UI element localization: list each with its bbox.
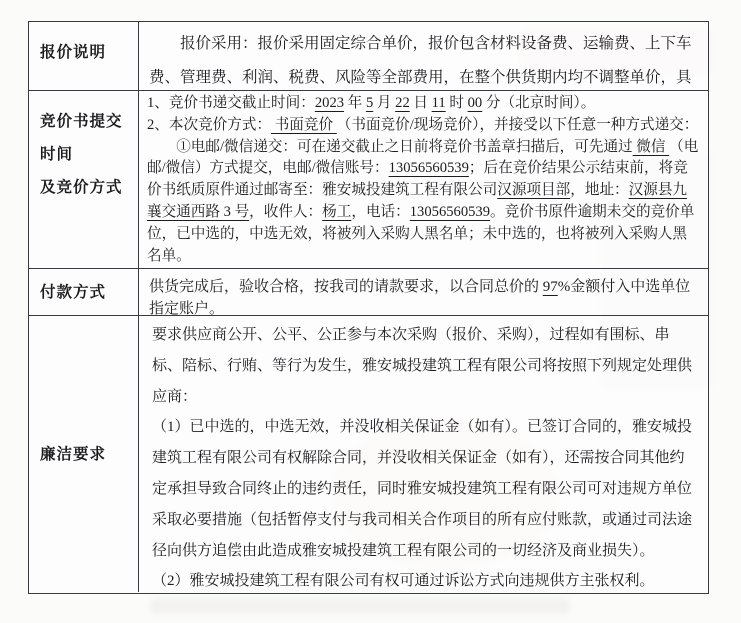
underlined-fill-in-value: 97: [543, 279, 558, 295]
text-segment: 供货完成后，验收合格，按我司的请款要求，以合同总价的: [149, 279, 543, 295]
row-label-line-2: 及竞价方式: [40, 171, 138, 204]
text-segment: ①电邮/微信递交：可在递交截止之日前将竞价书盖章扫描后，可先通过: [176, 139, 632, 155]
paragraph: 报价采用：报价采用固定综合单价，报价包含材料设备费、运输费、上下车费、管理费、利…: [149, 27, 698, 90]
paragraph: 供货完成后，验收合格，按我司的请款要求，以合同总价的 97%金额付入中选单位指定…: [149, 276, 698, 315]
underlined-fill-in-value: 杨工: [322, 204, 351, 220]
paragraph: （1）已中选的，中选无效，并没收相关保证金（如有）。已签订合同的，雅安城投建筑工…: [152, 412, 696, 566]
underlined-fill-in-value: 2023: [315, 95, 344, 111]
row-content-cell: 要求供应商公开、公平、公正参与本次采购（报价、采购），过程如有围标、串标、陪标、…: [139, 316, 708, 592]
text-segment: ，地址：: [570, 182, 628, 198]
text-segment: 月: [373, 95, 395, 111]
underlined-fill-in-value: 11: [432, 95, 446, 111]
row-label: 廉洁要求: [40, 438, 138, 471]
underlined-fill-in-value: 00: [468, 95, 483, 111]
underlined-fill-in-value: 13056560539: [410, 204, 490, 220]
text-segment: 日: [410, 95, 432, 111]
page: { "document": { "kind": "procurement-bid…: [0, 0, 741, 623]
row-label: 报价说明: [40, 36, 138, 69]
text-segment: ，收件人：: [249, 204, 322, 220]
paragraph: 要求供应商公开、公平、公正参与本次采购（报价、采购），过程如有围标、串标、陪标、…: [152, 320, 696, 412]
paragraph: 1、竞价书递交截止时间：2023 年 5 月 22 日 11 时 00 分（北京…: [147, 93, 700, 115]
text-segment: ，电话：: [351, 204, 409, 220]
text-segment: （2）雅安城投建筑工程有限公司有权可通过诉讼方式向违规供方主张权利。: [152, 573, 655, 589]
table-row-quotation-notes: 报价说明 报价采用：报价采用固定综合单价，报价包含材料设备费、运输费、上下车费、…: [29, 22, 708, 90]
underlined-fill-in-value: 汉源项目部: [497, 182, 570, 198]
row-label-cell: 廉洁要求: [29, 316, 139, 592]
paragraph: 2、本次竞价方式： 书面竞价 （书面竞价/现场竞价），并接受以下任意一种方式递交…: [147, 115, 700, 137]
underlined-fill-in-value: 微信: [633, 139, 670, 155]
paragraph: ②现场递交：雅安城投建筑工程有限公司汉源项目部，地址：汉源县九襄交通西路 3 号…: [147, 267, 700, 268]
text-segment: 分（北京时间）。: [482, 95, 595, 111]
text-segment: （1）已中选的，中选无效，并没收相关保证金（如有）。已签订合同的，雅安城投建筑工…: [152, 419, 692, 558]
row-content-cell: 供货完成后，验收合格，按我司的请款要求，以合同总价的 97%金额付入中选单位指定…: [139, 269, 708, 315]
row-label-cell: 竞价书提交时间 及竞价方式: [29, 91, 139, 268]
table-row-payment-method: 付款方式 供货完成后，验收合格，按我司的请款要求，以合同总价的 97%金额付入中…: [29, 268, 708, 315]
row-content-cell: 1、竞价书递交截止时间：2023 年 5 月 22 日 11 时 00 分（北京…: [139, 91, 708, 268]
underlined-fill-in-value: 22: [395, 95, 410, 111]
paragraph: （2）雅安城投建筑工程有限公司有权可通过诉讼方式向违规供方主张权利。: [152, 566, 696, 592]
bidding-info-table: 报价说明 报价采用：报价采用固定综合单价，报价包含材料设备费、运输费、上下车费、…: [28, 21, 709, 594]
text-segment: 时: [446, 95, 468, 111]
row-content-cell: 报价采用：报价采用固定综合单价，报价包含材料设备费、运输费、上下车费、管理费、利…: [139, 22, 708, 90]
text-segment: 1、竞价书递交截止时间：: [147, 95, 315, 111]
row-label-line-1: 竞价书提交时间: [40, 105, 138, 171]
table-row-integrity-requirements: 廉洁要求 要求供应商公开、公平、公正参与本次采购（报价、采购），过程如有围标、串…: [29, 315, 708, 592]
row-label-cell: 报价说明: [29, 22, 139, 90]
text-segment: 报价采用：报价采用固定综合单价，报价包含材料设备费、运输费、上下车费、管理费、利…: [149, 35, 692, 90]
paragraph: ①电邮/微信递交：可在递交截止之日前将竞价书盖章扫描后，可先通过 微信 （电邮/…: [147, 137, 700, 268]
table-row-bid-submission: 竞价书提交时间 及竞价方式 1、竞价书递交截止时间：2023 年 5 月 22 …: [29, 90, 708, 268]
underlined-fill-in-value: 书面竞价: [271, 117, 337, 133]
text-segment: 要求供应商公开、公平、公正参与本次采购（报价、采购），过程如有围标、串标、陪标、…: [152, 327, 692, 405]
row-label-cell: 付款方式: [29, 269, 139, 315]
bleed-through-smudge: [150, 598, 570, 614]
row-label: 付款方式: [40, 276, 138, 309]
text-segment: 年: [344, 95, 366, 111]
text-segment: （书面竞价/现场竞价），并接受以下任意一种方式递交：: [337, 117, 699, 133]
underlined-fill-in-value: 13056560539: [389, 160, 469, 176]
text-segment: 2、本次竞价方式：: [147, 117, 271, 133]
